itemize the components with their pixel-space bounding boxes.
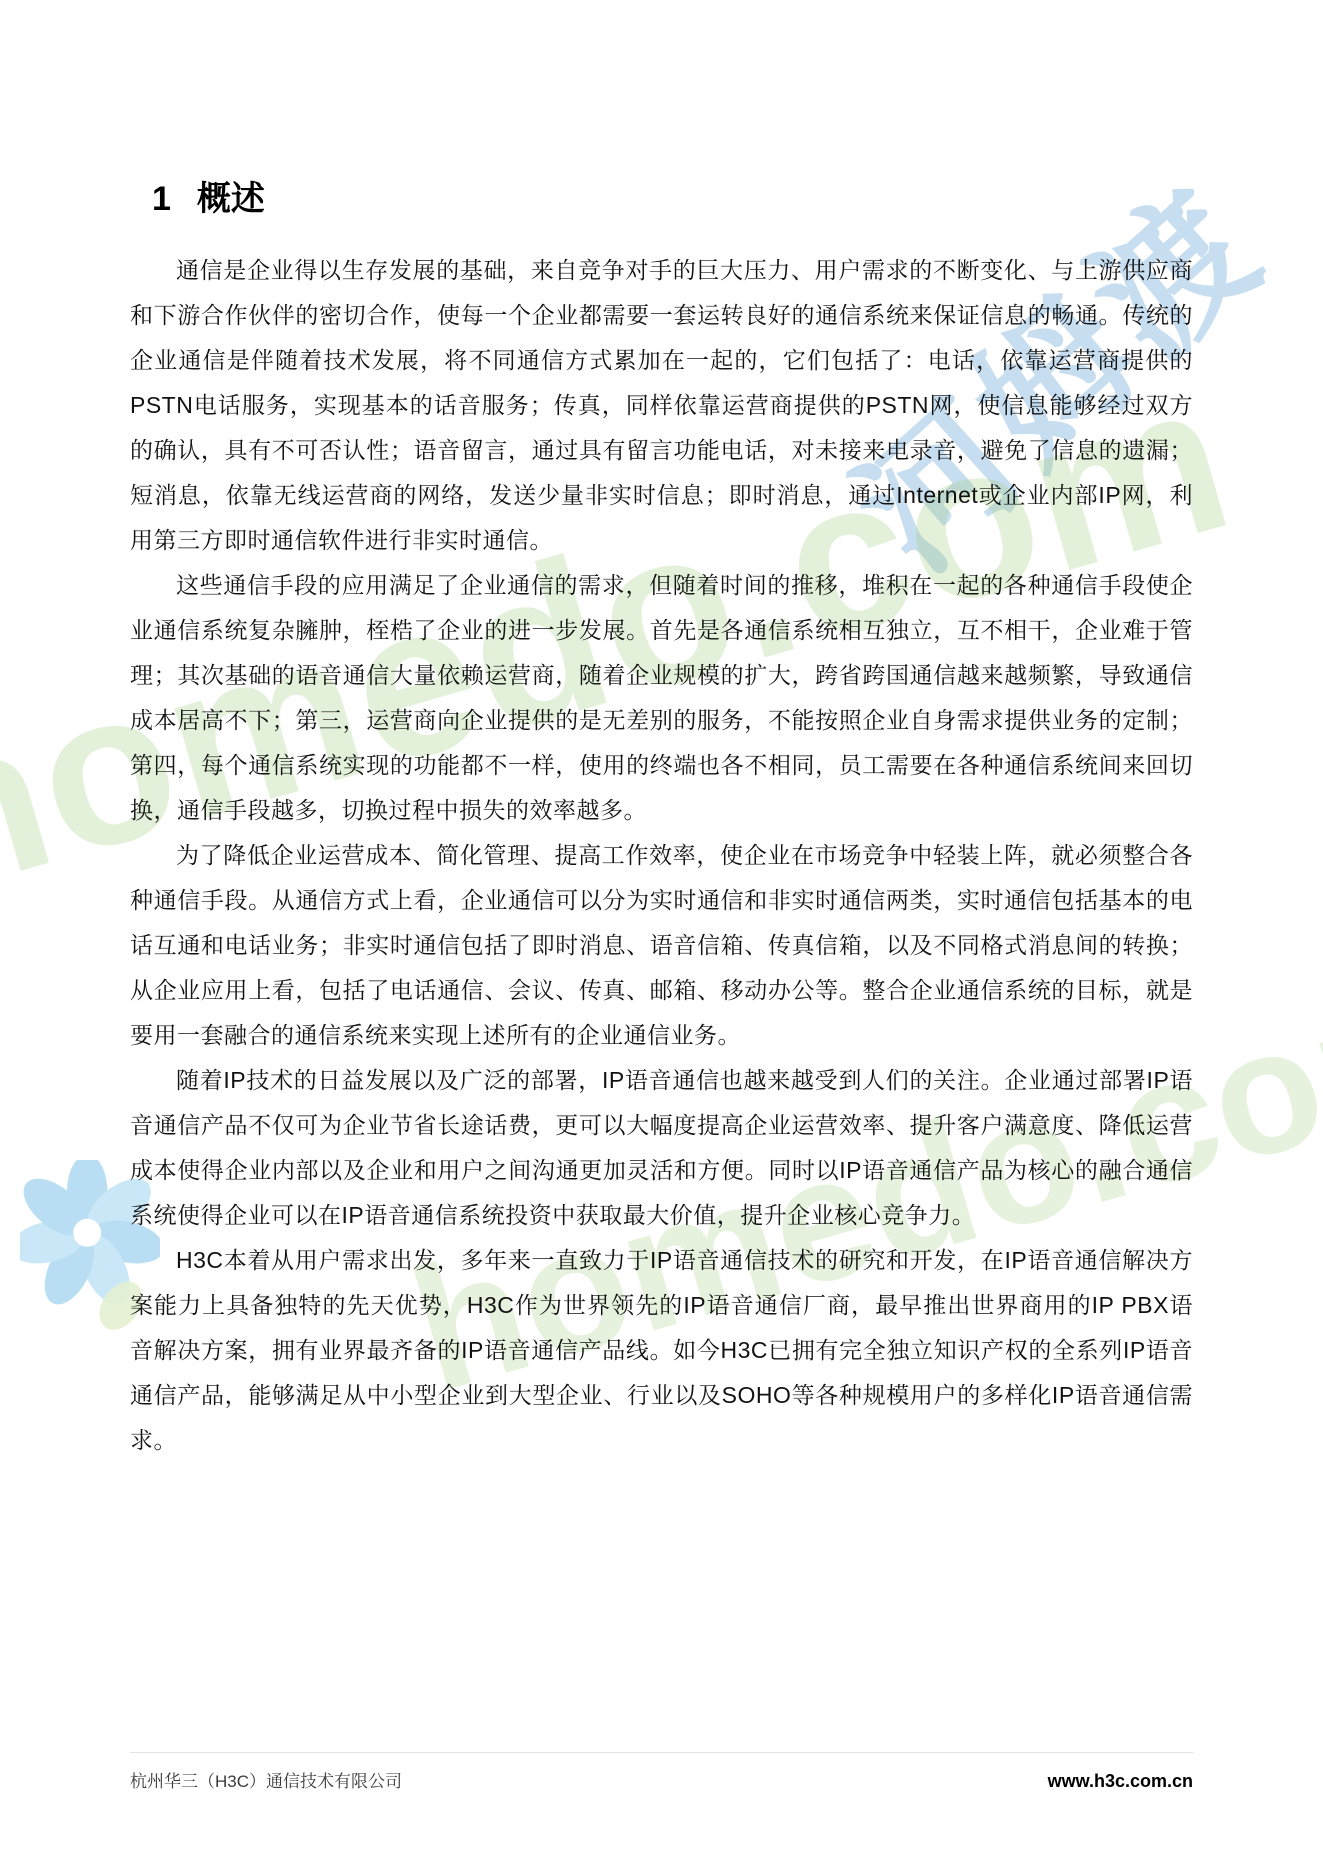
paragraph-3: 为了降低企业运营成本、简化管理、提高工作效率，使企业在市场竞争中轻装上阵，就必须…	[130, 833, 1193, 1058]
footer-company: 杭州华三（H3C）通信技术有限公司	[130, 1767, 402, 1792]
paragraph-2: 这些通信手段的应用满足了企业通信的需求，但随着时间的推移，堆积在一起的各种通信手…	[130, 563, 1193, 833]
paragraph-1: 通信是企业得以生存发展的基础，来自竞争对手的巨大压力、用户需求的不断变化、与上游…	[130, 248, 1193, 563]
document-page: 河姆渡 homedo.com homedo.com 1概述 通信是企业得以生存发…	[0, 0, 1323, 1871]
footer-website: www.h3c.com.cn	[1048, 1771, 1193, 1792]
section-number: 1	[152, 180, 171, 218]
section-title: 概述	[197, 180, 265, 218]
document-content: 1概述 通信是企业得以生存发展的基础，来自竞争对手的巨大压力、用户需求的不断变化…	[130, 178, 1193, 1463]
section-heading: 1概述	[152, 178, 1193, 220]
paragraph-4: 随着IP技术的日益发展以及广泛的部署，IP语音通信也越来越受到人们的关注。企业通…	[130, 1058, 1193, 1238]
paragraph-5: H3C本着从用户需求出发，多年来一直致力于IP语音通信技术的研究和开发，在IP语…	[130, 1238, 1193, 1463]
page-footer: 杭州华三（H3C）通信技术有限公司 www.h3c.com.cn	[130, 1752, 1193, 1792]
